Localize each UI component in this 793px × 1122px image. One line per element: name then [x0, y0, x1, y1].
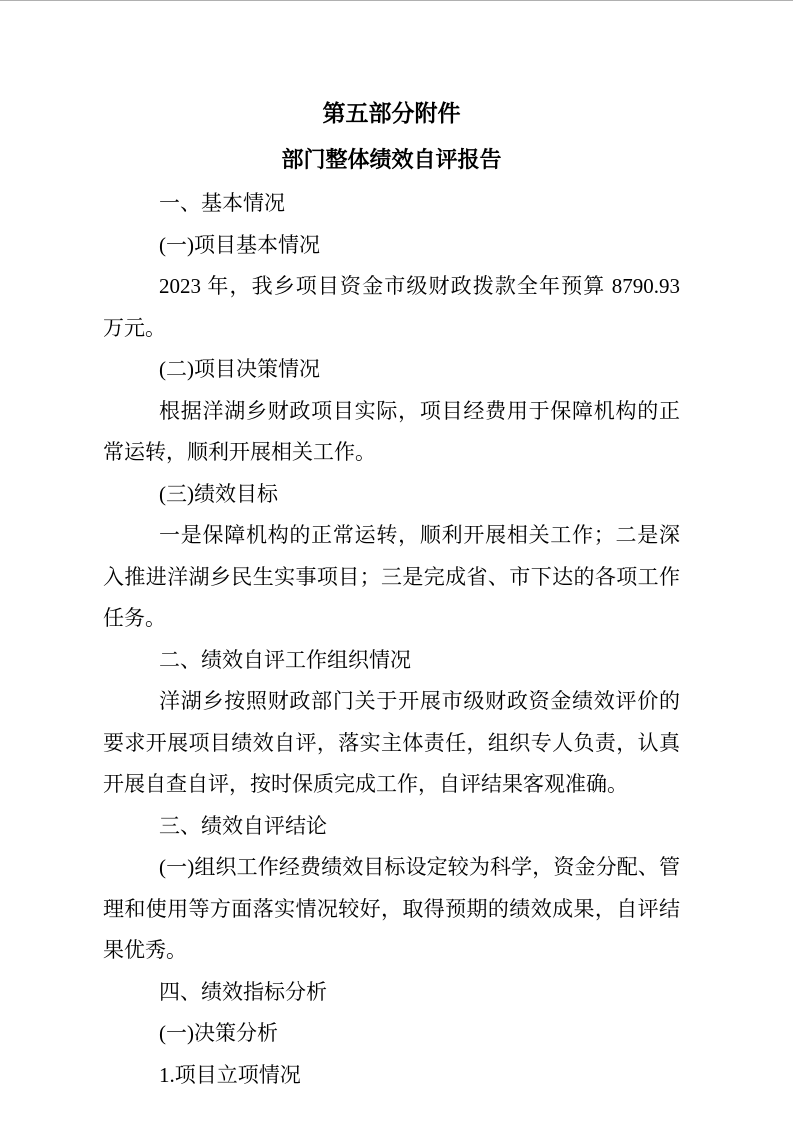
document-page: 第五部分附件 部门整体绩效自评报告 一、基本情况(一)项目基本情况2023 年，…: [0, 0, 793, 1122]
paragraph: 一、基本情况: [103, 183, 680, 225]
paragraph: 根据洋湖乡财政项目实际，项目经费用于保障机构的正常运转，顺利开展相关工作。: [103, 391, 680, 474]
paragraph: (三)绩效目标: [103, 474, 680, 516]
paragraph: 四、绩效指标分析: [103, 972, 680, 1014]
document-title: 第五部分附件: [103, 91, 680, 137]
paragraph: (二)项目决策情况: [103, 349, 680, 391]
document-subtitle: 部门整体绩效自评报告: [103, 137, 680, 183]
paragraph: 洋湖乡按照财政部门关于开展市级财政资金绩效评价的要求开展项目绩效自评，落实主体责…: [103, 681, 680, 806]
paragraph: (一)项目基本情况: [103, 225, 680, 267]
paragraph: (一)组织工作经费绩效目标设定较为科学，资金分配、管理和使用等方面落实情况较好，…: [103, 847, 680, 972]
paragraph: 1.项目立项情况: [103, 1055, 680, 1097]
paragraphs: 一、基本情况(一)项目基本情况2023 年，我乡项目资金市级财政拨款全年预算 8…: [103, 183, 680, 1096]
paragraph: (一)决策分析: [103, 1013, 680, 1055]
paragraph: 2023 年，我乡项目资金市级财政拨款全年预算 8790.93 万元。: [103, 266, 680, 349]
paragraph: 一是保障机构的正常运转，顺利开展相关工作；二是深入推进洋湖乡民生实事项目；三是完…: [103, 515, 680, 640]
paragraph: 三、绩效自评结论: [103, 806, 680, 848]
paragraph: 二、绩效自评工作组织情况: [103, 640, 680, 682]
